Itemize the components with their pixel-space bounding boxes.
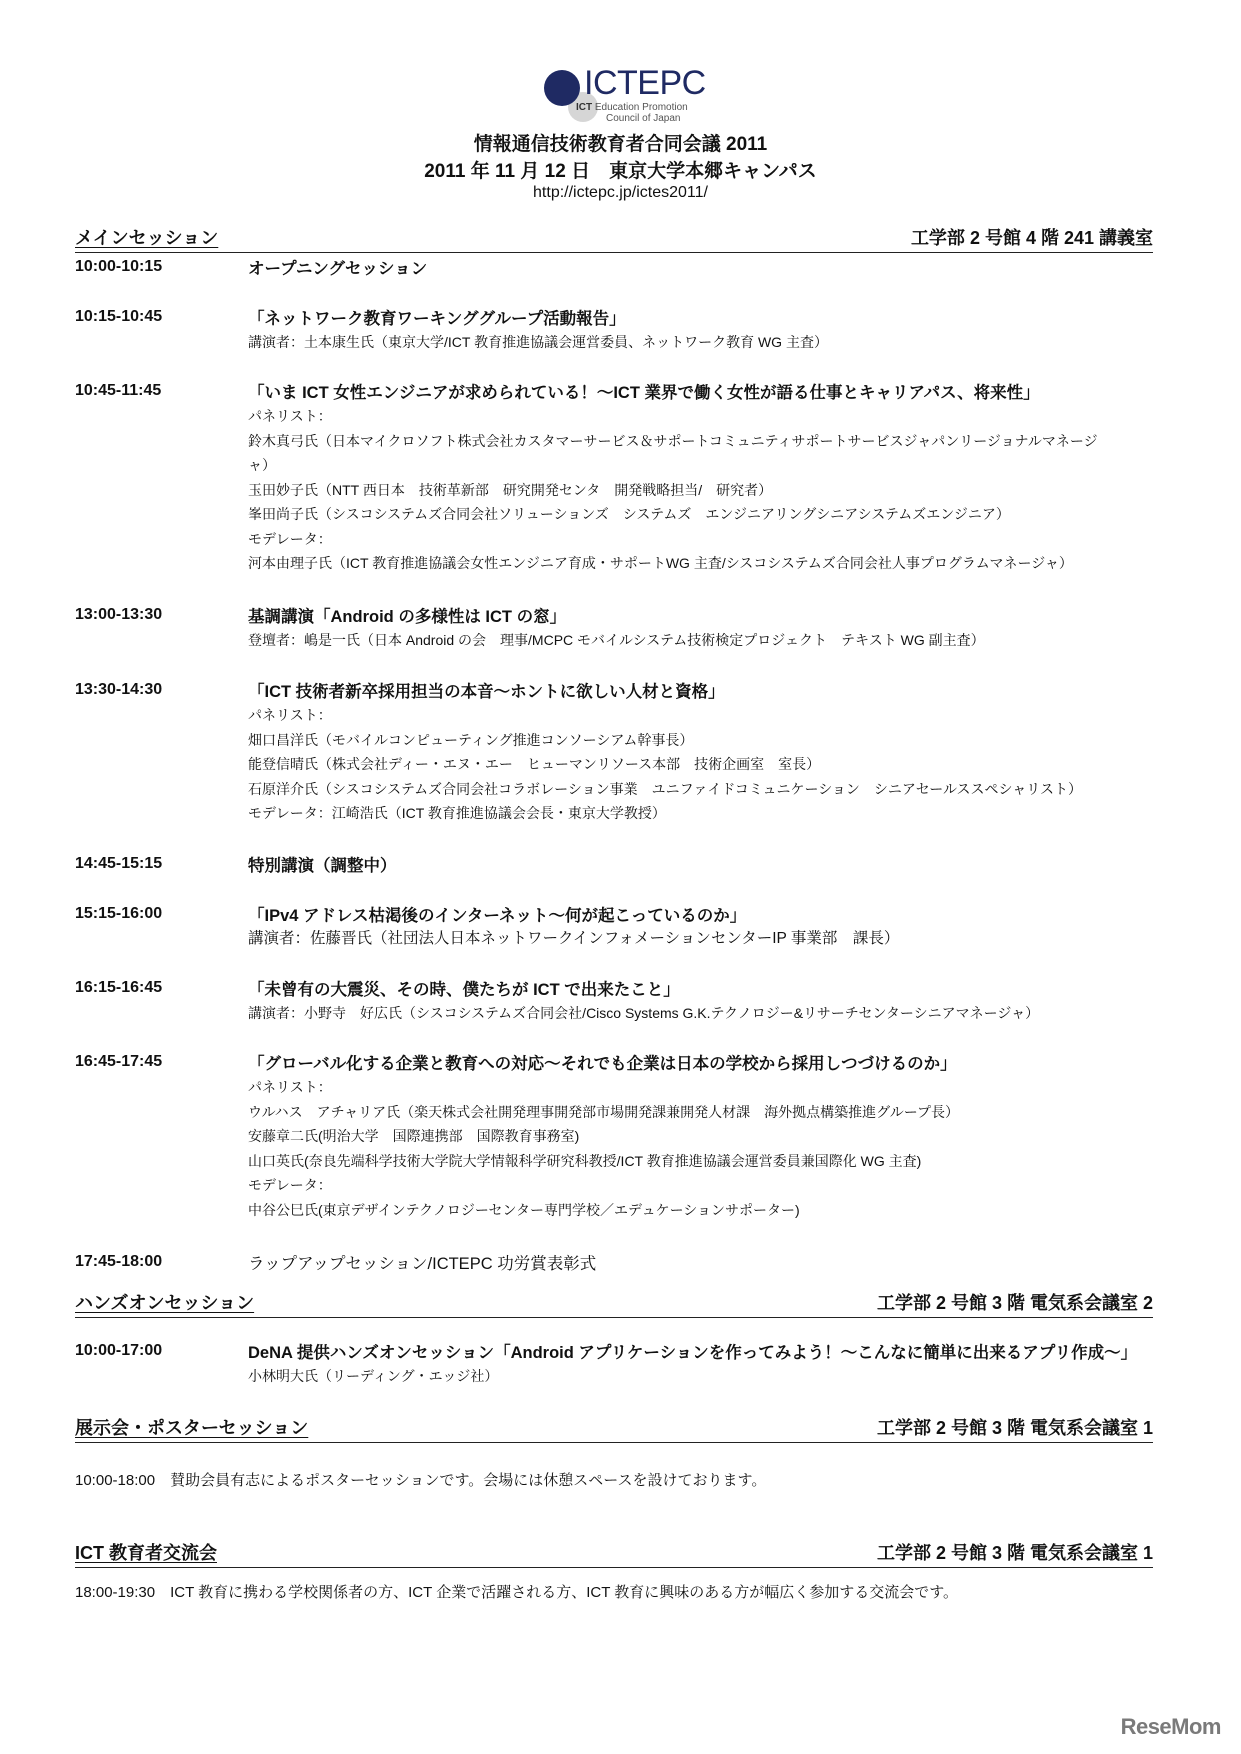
- logo-subtitle-line1: ICT Education Promotion: [576, 102, 688, 113]
- session-time: 16:15-16:45: [75, 979, 162, 997]
- panelist-line: 玉田妙子氏（NTT 西日本 技術革新部 研究開発センタ 開発戦略担当/ 研究者）: [248, 478, 1158, 503]
- session-time: 10:45-11:45: [75, 382, 161, 400]
- moderator-line: 河本由理子氏（ICT 教育推進協議会女性エンジニア育成・サポートWG 主査/シス…: [248, 551, 1158, 576]
- session-time: 16:45-17:45: [75, 1053, 162, 1071]
- conference-title: 情報通信技術教育者合同会議 2011: [0, 129, 1241, 156]
- moderator-line: 中谷公巳氏(東京デザインテクノロジーセンター専門学校／エデュケーションサポーター…: [248, 1198, 1158, 1223]
- session-time: 10:00-17:00: [75, 1342, 162, 1360]
- logo-subtitle-line2: Council of Japan: [606, 113, 681, 124]
- panelist-label: パネリスト：: [248, 1075, 1158, 1100]
- section-room: 工学部 2 号館 3 階 電気系会議室 1: [877, 1539, 1153, 1565]
- panelist-line: 能登信晴氏（株式会社ディー・エヌ・エー ヒューマンリソース本部 技術企画室 室長…: [248, 752, 1158, 777]
- panelist-line: 畑口昌洋氏（モバイルコンピューティング推進コンソーシアム幹事長）: [248, 728, 1158, 753]
- speaker-line: 小林明大氏（リーディング・エッジ社）: [248, 1364, 1158, 1389]
- speaker-line: 講演者：佐藤晋氏（社団法人日本ネットワークインフォメーションセンターIP 事業部…: [248, 927, 1158, 952]
- moderator-line: モデレータ：江崎浩氏（ICT 教育推進協議会会長・東京大学教授）: [248, 801, 1158, 826]
- session-time: 13:00-13:30: [75, 606, 162, 624]
- section-title: ICT 教育者交流会: [75, 1539, 217, 1565]
- speaker-line: 登壇者：嶋是一氏（日本 Android の会 理事/MCPC モバイルシステム技…: [248, 628, 1158, 653]
- section-room: 工学部 2 号館 4 階 241 講義室: [911, 224, 1153, 250]
- session-title: 基調講演「Android の多様性は ICT の窓」: [248, 606, 1158, 628]
- session-title: オープニングセッション: [248, 258, 1158, 280]
- ictepc-logo: ICTEPC ICT Education Promotion Council o…: [540, 62, 720, 122]
- conference-url[interactable]: http://ictepc.jp/ictes2011/: [0, 184, 1241, 202]
- section-title: 展示会・ポスターセッション: [75, 1414, 308, 1440]
- session-title: 「ICT 技術者新卒採用担当の本音～ホントに欲しい人材と資格」: [248, 681, 1158, 703]
- session-title: DeNA 提供ハンズオンセッション「Android アプリケーションを作ってみよ…: [248, 1342, 1158, 1364]
- panelist-line: 山口英氏(奈良先端科学技術大学院大学情報科学研究科教授/ICT 教育推進協議会運…: [248, 1149, 1158, 1174]
- program-page: ICTEPC ICT Education Promotion Council o…: [0, 0, 1241, 1754]
- logo-circle-navy-icon: [544, 70, 580, 106]
- moderator-label: モデレータ：: [248, 1173, 1158, 1198]
- session-title: 「いま ICT 女性エンジニアが求められている！～ICT 業界で働く女性が語る仕…: [248, 382, 1158, 404]
- panelist-label: パネリスト：: [248, 703, 1158, 728]
- session-time: 15:15-16:00: [75, 905, 162, 923]
- session-title: 「未曾有の大震災、その時、僕たちが ICT で出来たこと」: [248, 979, 1158, 1001]
- session-title: 「IPv4 アドレス枯渇後のインターネット～何が起こっているのか」: [248, 905, 1158, 927]
- panelist-line: ウルハス アチャリア氏（楽天株式会社開発理事開発部市場開発課兼開発人材課 海外拠…: [248, 1100, 1158, 1125]
- section-header-poster: 展示会・ポスターセッション 工学部 2 号館 3 階 電気系会議室 1: [75, 1418, 1153, 1443]
- section-room: 工学部 2 号館 3 階 電気系会議室 1: [877, 1414, 1153, 1440]
- section-room: 工学部 2 号館 3 階 電気系会議室 2: [877, 1289, 1153, 1315]
- panelist-line-continued: ャ）: [248, 453, 1158, 478]
- section-header-main: メインセッション 工学部 2 号館 4 階 241 講義室: [75, 228, 1153, 253]
- logo-wordmark: ICTEPC: [584, 64, 706, 103]
- section-header-networking: ICT 教育者交流会 工学部 2 号館 3 階 電気系会議室 1: [75, 1543, 1153, 1568]
- speaker-line: 講演者：小野寺 好広氏（シスコシステムズ合同会社/Cisco Systems G…: [248, 1001, 1158, 1026]
- resemom-watermark-logo: ReseMom: [1121, 1714, 1221, 1740]
- moderator-label: モデレータ：: [248, 527, 1158, 552]
- section-header-hands-on: ハンズオンセッション 工学部 2 号館 3 階 電気系会議室 2: [75, 1293, 1153, 1318]
- networking-description: 18:00-19:30 ICT 教育に携わる学校関係者の方、ICT 企業で活躍さ…: [75, 1581, 958, 1602]
- panelist-label: パネリスト：: [248, 404, 1158, 429]
- panelist-line: 石原洋介氏（シスコシステムズ合同会社コラボレーション事業 ユニファイドコミュニケ…: [248, 777, 1158, 802]
- session-time: 14:45-15:15: [75, 855, 162, 873]
- session-time: 10:15-10:45: [75, 308, 162, 326]
- session-time: 17:45-18:00: [75, 1253, 162, 1271]
- session-title: 「ネットワーク教育ワーキンググループ活動報告」: [248, 308, 1158, 330]
- session-title: 「グローバル化する企業と教育への対応～それでも企業は日本の学校から採用しつづける…: [248, 1053, 1158, 1075]
- session-time: 10:00-10:15: [75, 258, 162, 276]
- conference-date-venue: 2011 年 11 月 12 日 東京大学本郷キャンパス: [0, 156, 1241, 183]
- speaker-line: 講演者：土本康生氏（東京大学/ICT 教育推進協議会運営委員、ネットワーク教育 …: [248, 330, 1158, 355]
- section-title: メインセッション: [75, 224, 218, 250]
- panelist-line: 峯田尚子氏（シスコシステムズ合同会社ソリューションズ システムズ エンジニアリン…: [248, 502, 1158, 527]
- panelist-line: 安藤章二氏(明治大学 国際連携部 国際教育事務室): [248, 1124, 1158, 1149]
- session-time: 13:30-14:30: [75, 681, 162, 699]
- poster-session-description: 10:00-18:00 賛助会員有志によるポスターセッションです。会場には休憩ス…: [75, 1469, 766, 1490]
- session-title: 特別講演（調整中）: [248, 855, 1158, 877]
- session-title: ラップアップセッション/ICTEPC 功労賞表彰式: [248, 1253, 1158, 1275]
- section-title: ハンズオンセッション: [75, 1289, 254, 1315]
- panelist-line: 鈴木真弓氏（日本マイクロソフト株式会社カスタマーサービス＆サポートコミュニティサ…: [248, 429, 1158, 454]
